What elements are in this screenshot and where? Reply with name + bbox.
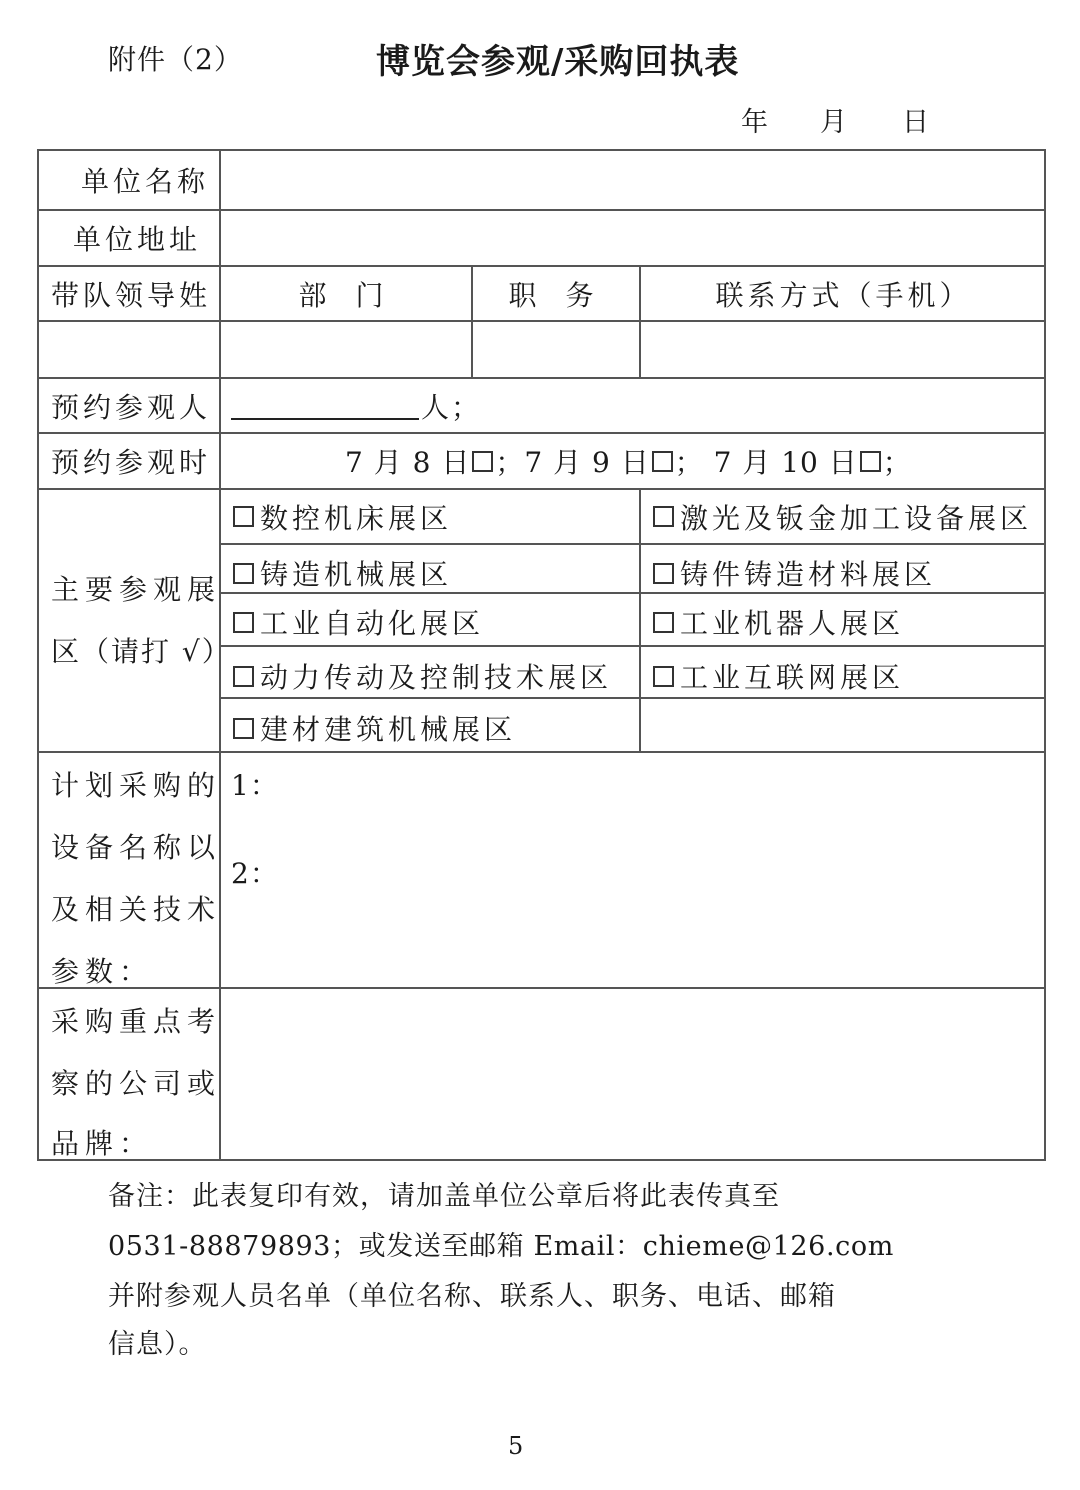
visit-date-checkbox[interactable]: [472, 451, 493, 472]
note-line: 并附参观人员名单（单位名称、联系人、职务、电话、邮箱: [108, 1274, 836, 1313]
checkbox[interactable]: [233, 718, 254, 739]
visit-date-checkbox[interactable]: [860, 451, 881, 472]
date-month: 月: [820, 100, 847, 139]
checkbox[interactable]: [653, 506, 674, 527]
brands-field[interactable]: [223, 991, 1043, 1159]
date-day: 日: [902, 100, 929, 139]
visit-date-label: 7 月 8 日: [345, 441, 470, 481]
brands-label-line: 察的公司或: [51, 1053, 221, 1115]
row-divider: [39, 987, 1046, 989]
separator: ；: [675, 441, 714, 481]
zone-option[interactable]: 激光及钣金加工设备展区: [653, 490, 1032, 543]
note-line: 备注：此表复印有效，请加盖单位公章后将此表传真至: [108, 1174, 780, 1213]
zone-label: 动力传动及控制技术展区: [260, 656, 612, 696]
separator: ；: [883, 441, 912, 481]
visit-date-checkbox[interactable]: [652, 451, 673, 472]
purchase-label-line: 计划采购的: [51, 755, 221, 817]
unit-name-field[interactable]: [223, 151, 1043, 209]
zone-label: 激光及钣金加工设备展区: [680, 497, 1032, 537]
leader-position-field[interactable]: [473, 322, 639, 377]
purchase-item-2[interactable]: 2：: [231, 843, 279, 905]
position-header: 职 务: [473, 267, 639, 320]
separator: ；: [495, 441, 524, 481]
visitors-row: 人；: [231, 379, 1041, 432]
zone-option[interactable]: 铸件铸造材料展区: [653, 549, 936, 597]
visitors-label: 预约参观人: [51, 379, 221, 432]
form-title: 博览会参观/采购回执表: [376, 34, 739, 83]
zone-option[interactable]: 工业互联网展区: [653, 651, 904, 701]
zone-option[interactable]: 工业自动化展区: [233, 598, 484, 646]
row-divider: [39, 751, 1046, 753]
receipt-form-table: 单位名称 单位地址 带队领导姓 部 门 职 务 联系方式（手机） 预约参观人 人…: [37, 149, 1046, 1161]
zone-label: 数控机床展区: [260, 497, 452, 537]
visit-time-label: 预约参观时: [51, 434, 221, 488]
purchase-label-line: 及相关技术: [51, 879, 221, 941]
leader-name-field[interactable]: [39, 322, 219, 377]
zone-label: 铸件铸造材料展区: [680, 553, 936, 593]
leader-contact-field[interactable]: [641, 322, 1046, 377]
zones-label-line2: 区（请打 √）: [51, 621, 232, 683]
checkbox[interactable]: [233, 612, 254, 633]
zone-label: 建材建筑机械展区: [260, 708, 516, 748]
brands-label-line: 品牌：: [51, 1113, 153, 1175]
unit-address-label: 单位地址: [39, 211, 201, 265]
zone-option[interactable]: 铸造机械展区: [233, 549, 452, 597]
zone-label: 工业自动化展区: [260, 602, 484, 642]
checkbox[interactable]: [233, 506, 254, 527]
unit-name-label: 单位名称: [39, 151, 209, 209]
zone-option[interactable]: 数控机床展区: [233, 490, 452, 543]
zone-label: 工业机器人展区: [680, 602, 904, 642]
zone-option[interactable]: 动力传动及控制技术展区: [233, 651, 612, 701]
contact-header: 联系方式（手机）: [641, 267, 1046, 320]
department-header: 部 门: [221, 267, 471, 320]
checkbox[interactable]: [233, 563, 254, 584]
checkbox[interactable]: [653, 612, 674, 633]
zone-label: 铸造机械展区: [260, 553, 452, 593]
zones-label-line1: 主要参观展: [51, 559, 221, 621]
checkbox[interactable]: [653, 666, 674, 687]
leader-department-field[interactable]: [221, 322, 471, 377]
date-year: 年: [741, 100, 768, 139]
checkbox[interactable]: [653, 563, 674, 584]
unit-address-field[interactable]: [223, 211, 1043, 265]
brands-label-line: 采购重点考: [51, 991, 221, 1053]
page-number: 5: [508, 1432, 523, 1460]
zone-option[interactable]: 工业机器人展区: [653, 598, 904, 646]
zone-option[interactable]: 建材建筑机械展区: [233, 703, 516, 753]
zone-label: 工业互联网展区: [680, 656, 904, 696]
col-divider: [639, 488, 641, 751]
visitors-count-field[interactable]: [231, 392, 419, 420]
visit-date-label: 7 月 9 日: [524, 441, 649, 481]
checkbox[interactable]: [233, 666, 254, 687]
visit-date-label: 7 月 10 日: [714, 441, 858, 481]
note-line: 0531-88879893；或发送至邮箱 Email：chieme@126.co…: [108, 1224, 894, 1263]
attachment-label: 附件（2）: [108, 38, 243, 78]
visit-dates: 7 月 8 日； 7 月 9 日； 7 月 10 日；: [345, 434, 1045, 488]
purchase-label-line: 设备名称以: [51, 817, 221, 879]
leader-label: 带队领导姓: [51, 267, 221, 320]
purchase-item-1[interactable]: 1：: [231, 755, 279, 817]
note-line: 信息）。: [108, 1322, 207, 1361]
visitors-suffix: 人；: [421, 386, 481, 426]
row-divider: [221, 543, 1046, 545]
